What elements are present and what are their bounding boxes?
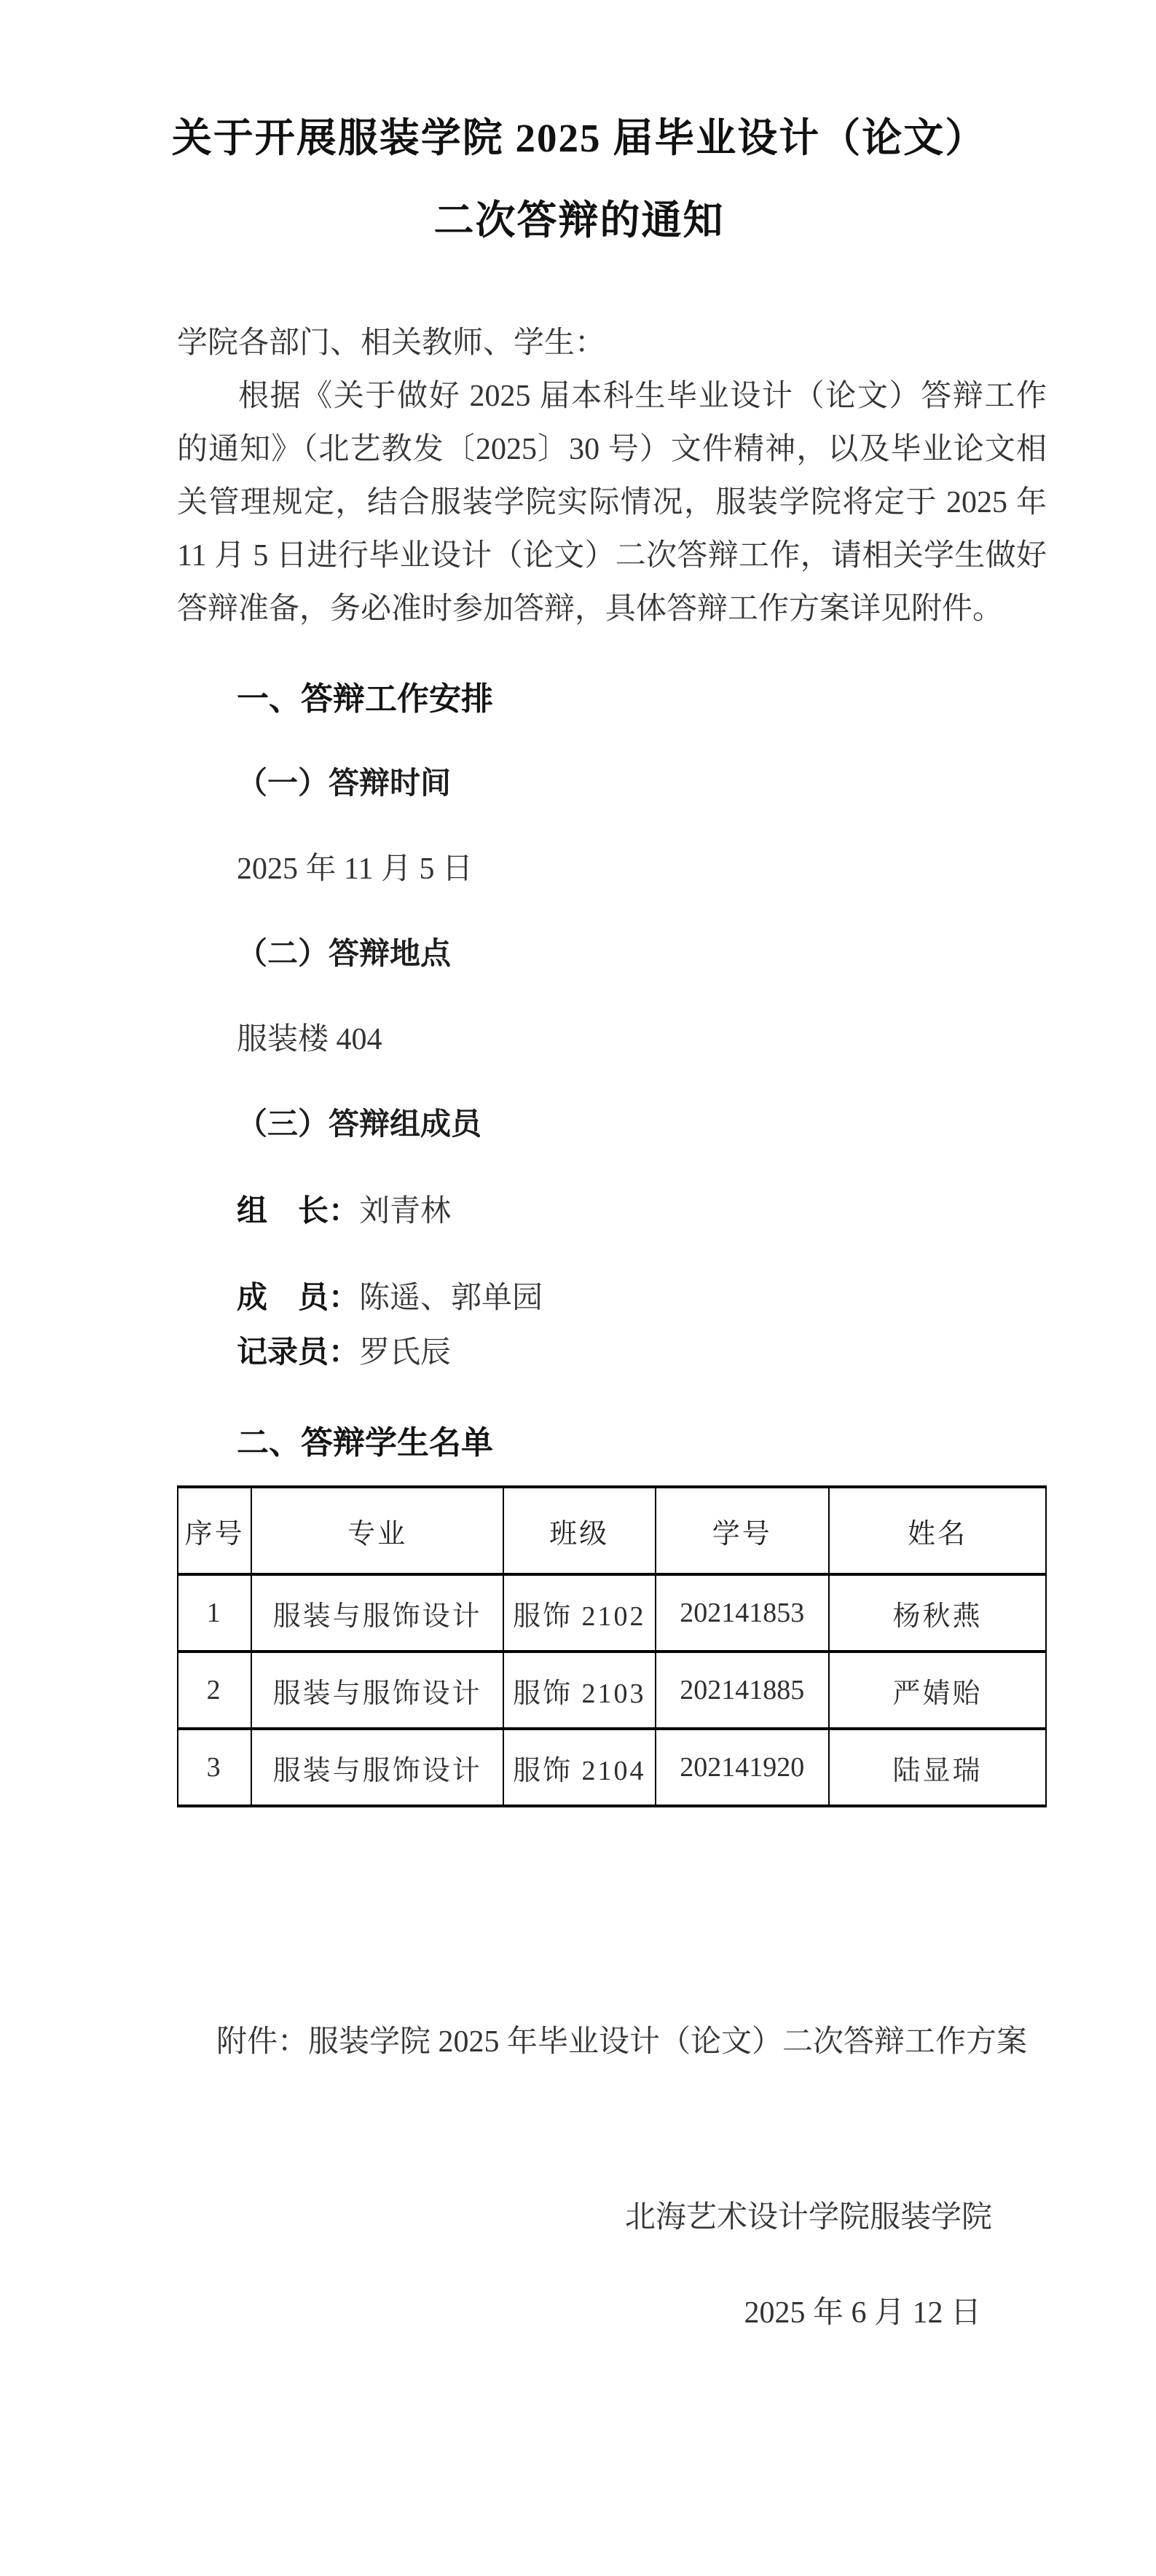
table-cell-index: 3 [178, 1729, 251, 1806]
salutation: 学院各部门、相关教师、学生： [177, 317, 1047, 370]
committee-members-label: 成 员： [237, 1280, 359, 1314]
table-cell-class: 服饰 2102 [503, 1574, 656, 1652]
committee-leader-row: 组 长：刘青林 [177, 1184, 1047, 1238]
table-header-index: 序号 [178, 1487, 251, 1574]
committee-members-names: 陈遥、郭单园 [359, 1281, 543, 1315]
table-row: 1 服装与服饰设计 服饰 2102 202141853 杨秋燕 [178, 1574, 1046, 1652]
table-cell-index: 2 [178, 1652, 251, 1729]
committee-recorder-label: 记录员： [237, 1335, 359, 1369]
table-cell-major: 服装与服饰设计 [251, 1574, 503, 1652]
table-row: 3 服装与服饰设计 服饰 2104 202141920 陆显瑞 [178, 1729, 1046, 1806]
defense-committee-label: （三）答辩组成员 [177, 1099, 1047, 1152]
title-line-1: 关于开展服装学院 2025 届毕业设计（论文） [111, 109, 1047, 168]
table-cell-student-id: 202141853 [656, 1574, 829, 1652]
table-cell-student-id: 202141920 [656, 1729, 829, 1806]
committee-leader-label: 组 长： [237, 1193, 359, 1228]
signature-org: 北海艺术设计学院服装学院 [177, 2191, 1047, 2245]
committee-recorder-row: 记录员：罗氏辰 [177, 1325, 1047, 1380]
table-header-row: 序号 专业 班级 学号 姓名 [178, 1487, 1046, 1574]
table-header-name: 姓名 [829, 1487, 1046, 1574]
students-table: 序号 专业 班级 学号 姓名 1 服装与服饰设计 服饰 2102 2021418… [177, 1485, 1047, 1807]
table-cell-name: 陆显瑞 [829, 1729, 1046, 1806]
body-paragraph: 根据《关于做好 2025 届本科生毕业设计（论文）答辩工作的通知》（北艺教发〔2… [177, 370, 1047, 636]
defense-location-label: （二）答辩地点 [177, 928, 1047, 981]
signature-date: 2025 年 6 月 12 日 [177, 2287, 1047, 2340]
defense-location-value: 服装楼 404 [177, 1013, 1047, 1067]
defense-time-value: 2025 年 11 月 5 日 [177, 843, 1047, 896]
committee-recorder-name: 罗氏辰 [359, 1336, 451, 1370]
committee-members-row: 成 员：陈遥、郭单园 [177, 1271, 1047, 1325]
table-cell-name: 杨秋燕 [829, 1574, 1046, 1652]
table-row: 2 服装与服饰设计 服饰 2103 202141885 严婧贻 [178, 1652, 1046, 1729]
section-1-heading: 一、答辩工作安排 [177, 672, 1047, 726]
table-cell-major: 服装与服饰设计 [251, 1729, 503, 1806]
table-cell-index: 1 [178, 1574, 251, 1652]
document-title: 关于开展服装学院 2025 届毕业设计（论文） 二次答辩的通知 [111, 109, 1047, 250]
title-line-2: 二次答辩的通知 [111, 192, 1047, 250]
table-cell-class: 服饰 2104 [503, 1729, 656, 1806]
committee-leader-name: 刘青林 [359, 1195, 451, 1228]
document-page: 关于开展服装学院 2025 届毕业设计（论文） 二次答辩的通知 学院各部门、相关… [0, 0, 1156, 2576]
table-cell-name: 严婧贻 [829, 1652, 1046, 1729]
defense-time-label: （一）答辩时间 [177, 758, 1047, 811]
table-header-class: 班级 [503, 1487, 656, 1574]
section-2-heading: 二、答辩学生名单 [177, 1416, 1047, 1469]
table-cell-major: 服装与服饰设计 [251, 1652, 503, 1729]
attachment-note: 附件：服装学院 2025 年毕业设计（论文）二次答辩工作方案 [177, 2004, 1047, 2081]
table-cell-student-id: 202141885 [656, 1652, 829, 1729]
table-header-major: 专业 [251, 1487, 503, 1574]
table-header-student-id: 学号 [656, 1487, 829, 1574]
table-cell-class: 服饰 2103 [503, 1652, 656, 1729]
